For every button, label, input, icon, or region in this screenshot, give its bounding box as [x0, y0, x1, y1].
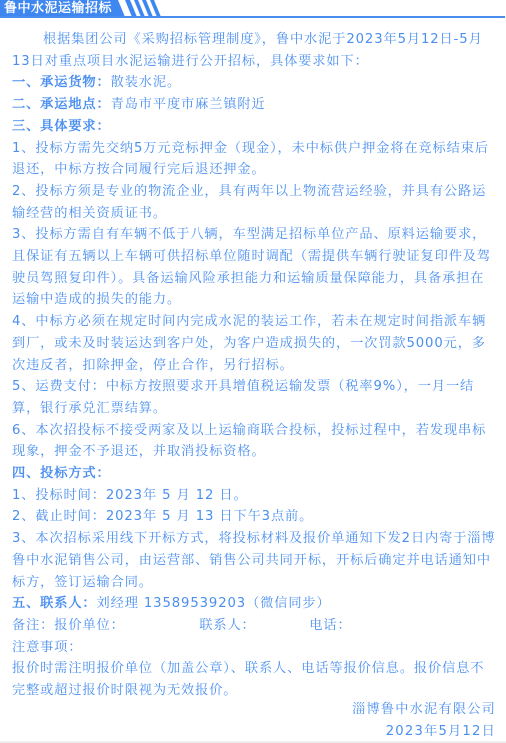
header-banner: 鲁中水泥运输招标 [0, 0, 165, 17]
remarks-label: 备注： [12, 615, 54, 637]
contact-line: 五、联系人：刘经理 13589539203（微信同步） [12, 593, 496, 615]
requirement-item: 1、投标方需先交纳5万元竞标押金（现金），未中标供户押金将在竞标结束后退还，中标… [12, 138, 496, 181]
goods-line: 一、承运货物：散装水泥。 [12, 72, 496, 94]
location-label: 二、承运地点： [12, 97, 111, 112]
contact-label: 五、联系人： [12, 596, 97, 611]
requirements-heading: 三、具体要求： [12, 116, 496, 138]
contact-value: 刘经理 13589539203（微信同步） [97, 596, 331, 611]
signature-date: 2023年5月12日 [352, 721, 496, 743]
signature-company: 淄博鲁中水泥有限公司 [352, 699, 496, 721]
header-divider [0, 16, 505, 18]
remark-field-quote-unit: 报价单位： [54, 615, 199, 637]
bidding-method-item: 1、投标时间：2023年 5 月 12 日。 [12, 485, 496, 507]
bidding-method-heading: 四、投标方式： [12, 463, 496, 485]
bidding-method-item: 2、截止时间：2023年 5 月 13 日下午3点前。 [12, 506, 496, 528]
goods-label: 一、承运货物： [12, 75, 111, 90]
notes-heading: 注意事项： [12, 637, 496, 659]
goods-value: 散装水泥。 [111, 75, 181, 90]
requirement-item: 2、投标方须是专业的物流企业，具有两年以上物流营运经验，并具有公路运输经营的相关… [12, 181, 496, 224]
announcement-body: 根据集团公司《采购招标管理制度》，鲁中水泥于2023年5月12日-5月13日对重… [12, 29, 496, 702]
notes-text: 报价时需注明报价单位（加盖公章）、联系人、电话等报价信息。报价信息不完整或超过报… [12, 658, 496, 701]
location-value: 青岛市平度市麻兰镇附近 [111, 97, 266, 112]
requirement-item: 6、本次招投标不接受两家及以上运输商联合投标，投标过程中，若发现串标现象，押金不… [12, 420, 496, 463]
signature-block: 淄博鲁中水泥有限公司 2023年5月12日 [352, 699, 496, 742]
location-line: 二、承运地点：青岛市平度市麻兰镇附近 [12, 94, 496, 116]
requirement-item: 3、投标方需自有车辆不低于八辆，车型满足招标单位产品、原料运输要求，且保证有五辆… [12, 224, 496, 311]
page-title: 鲁中水泥运输招标 [4, 0, 112, 17]
remarks-line: 备注： 报价单位： 联系人： 电话： [12, 615, 496, 637]
bidding-method-item: 3、本次招标采用线下开标方式，将投标材料及报价单通知下发2日内寄于淄博鲁中水泥销… [12, 528, 496, 593]
intro-paragraph: 根据集团公司《采购招标管理制度》，鲁中水泥于2023年5月12日-5月13日对重… [12, 29, 496, 72]
remark-field-contact: 联系人： [199, 615, 309, 637]
requirement-item: 5、运费支付：中标方按照要求开具增值税运输发票（税率9%），一月一结算，银行承兑… [12, 376, 496, 419]
diagonal-stripes-icon [118, 0, 165, 17]
requirement-item: 4、中标方必须在规定时间内完成水泥的装运工作，若未在规定时间指派车辆到厂，或未及… [12, 311, 496, 376]
section-header: 鲁中水泥运输招标 [0, 0, 506, 18]
remark-field-phone: 电话： [309, 615, 351, 637]
